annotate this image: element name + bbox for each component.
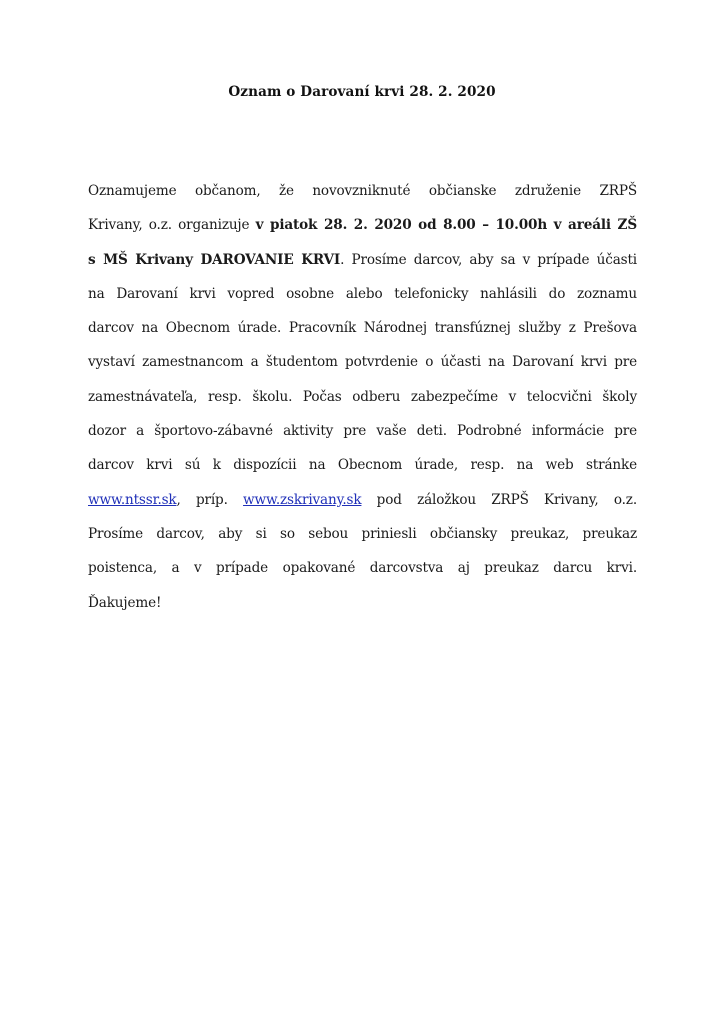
announcement-body: Oznamujeme občanom, že novovzniknuté obč… bbox=[88, 174, 637, 620]
body-line-9: darcov krvi sú k dispozícii na Obecnom ú… bbox=[88, 448, 637, 482]
body-line-8: dozor a športovo-zábavné aktivity pre va… bbox=[88, 414, 637, 448]
text-run: , príp. bbox=[177, 492, 244, 508]
body-line-4: na Darovaní krvi vopred osobne alebo tel… bbox=[88, 277, 637, 311]
text-run: pod záložkou ZRPŠ Krivany, o.z. bbox=[361, 492, 637, 508]
body-line-7: zamestnávateľa, resp. školu. Počas odber… bbox=[88, 380, 637, 414]
body-line-6: vystaví zamestnancom a študentom potvrde… bbox=[88, 345, 637, 379]
document-page: Oznam o Darovaní krvi 28. 2. 2020 Oznamu… bbox=[0, 0, 724, 1024]
text-run: . Prosíme darcov, aby sa v prípade účast… bbox=[340, 252, 637, 268]
event-location-bold: s MŠ Krivany DAROVANIE KRVI bbox=[88, 252, 340, 268]
text-run: Krivany, o.z. organizuje bbox=[88, 217, 256, 233]
ntssr-link[interactable]: www.ntssr.sk bbox=[88, 492, 177, 508]
zskrivany-link[interactable]: www.zskrivany.sk bbox=[243, 492, 361, 508]
body-line-13: Ďakujeme! bbox=[88, 586, 637, 620]
body-line-10: www.ntssr.sk, príp. www.zskrivany.sk pod… bbox=[88, 483, 637, 517]
body-line-11: Prosíme darcov, aby si so sebou priniesl… bbox=[88, 517, 637, 551]
body-line-5: darcov na Obecnom úrade. Pracovník Národ… bbox=[88, 311, 637, 345]
body-line-1: Oznamujeme občanom, že novovzniknuté obč… bbox=[88, 174, 637, 208]
body-line-2: Krivany, o.z. organizuje v piatok 28. 2.… bbox=[88, 208, 637, 242]
body-line-3: s MŠ Krivany DAROVANIE KRVI. Prosíme dar… bbox=[88, 243, 637, 277]
document-title: Oznam o Darovaní krvi 28. 2. 2020 bbox=[0, 84, 724, 100]
event-date-time-bold: v piatok 28. 2. 2020 od 8.00 – 10.00h v … bbox=[256, 217, 637, 233]
body-line-12: poistenca, a v prípade opakované darcovs… bbox=[88, 551, 637, 585]
